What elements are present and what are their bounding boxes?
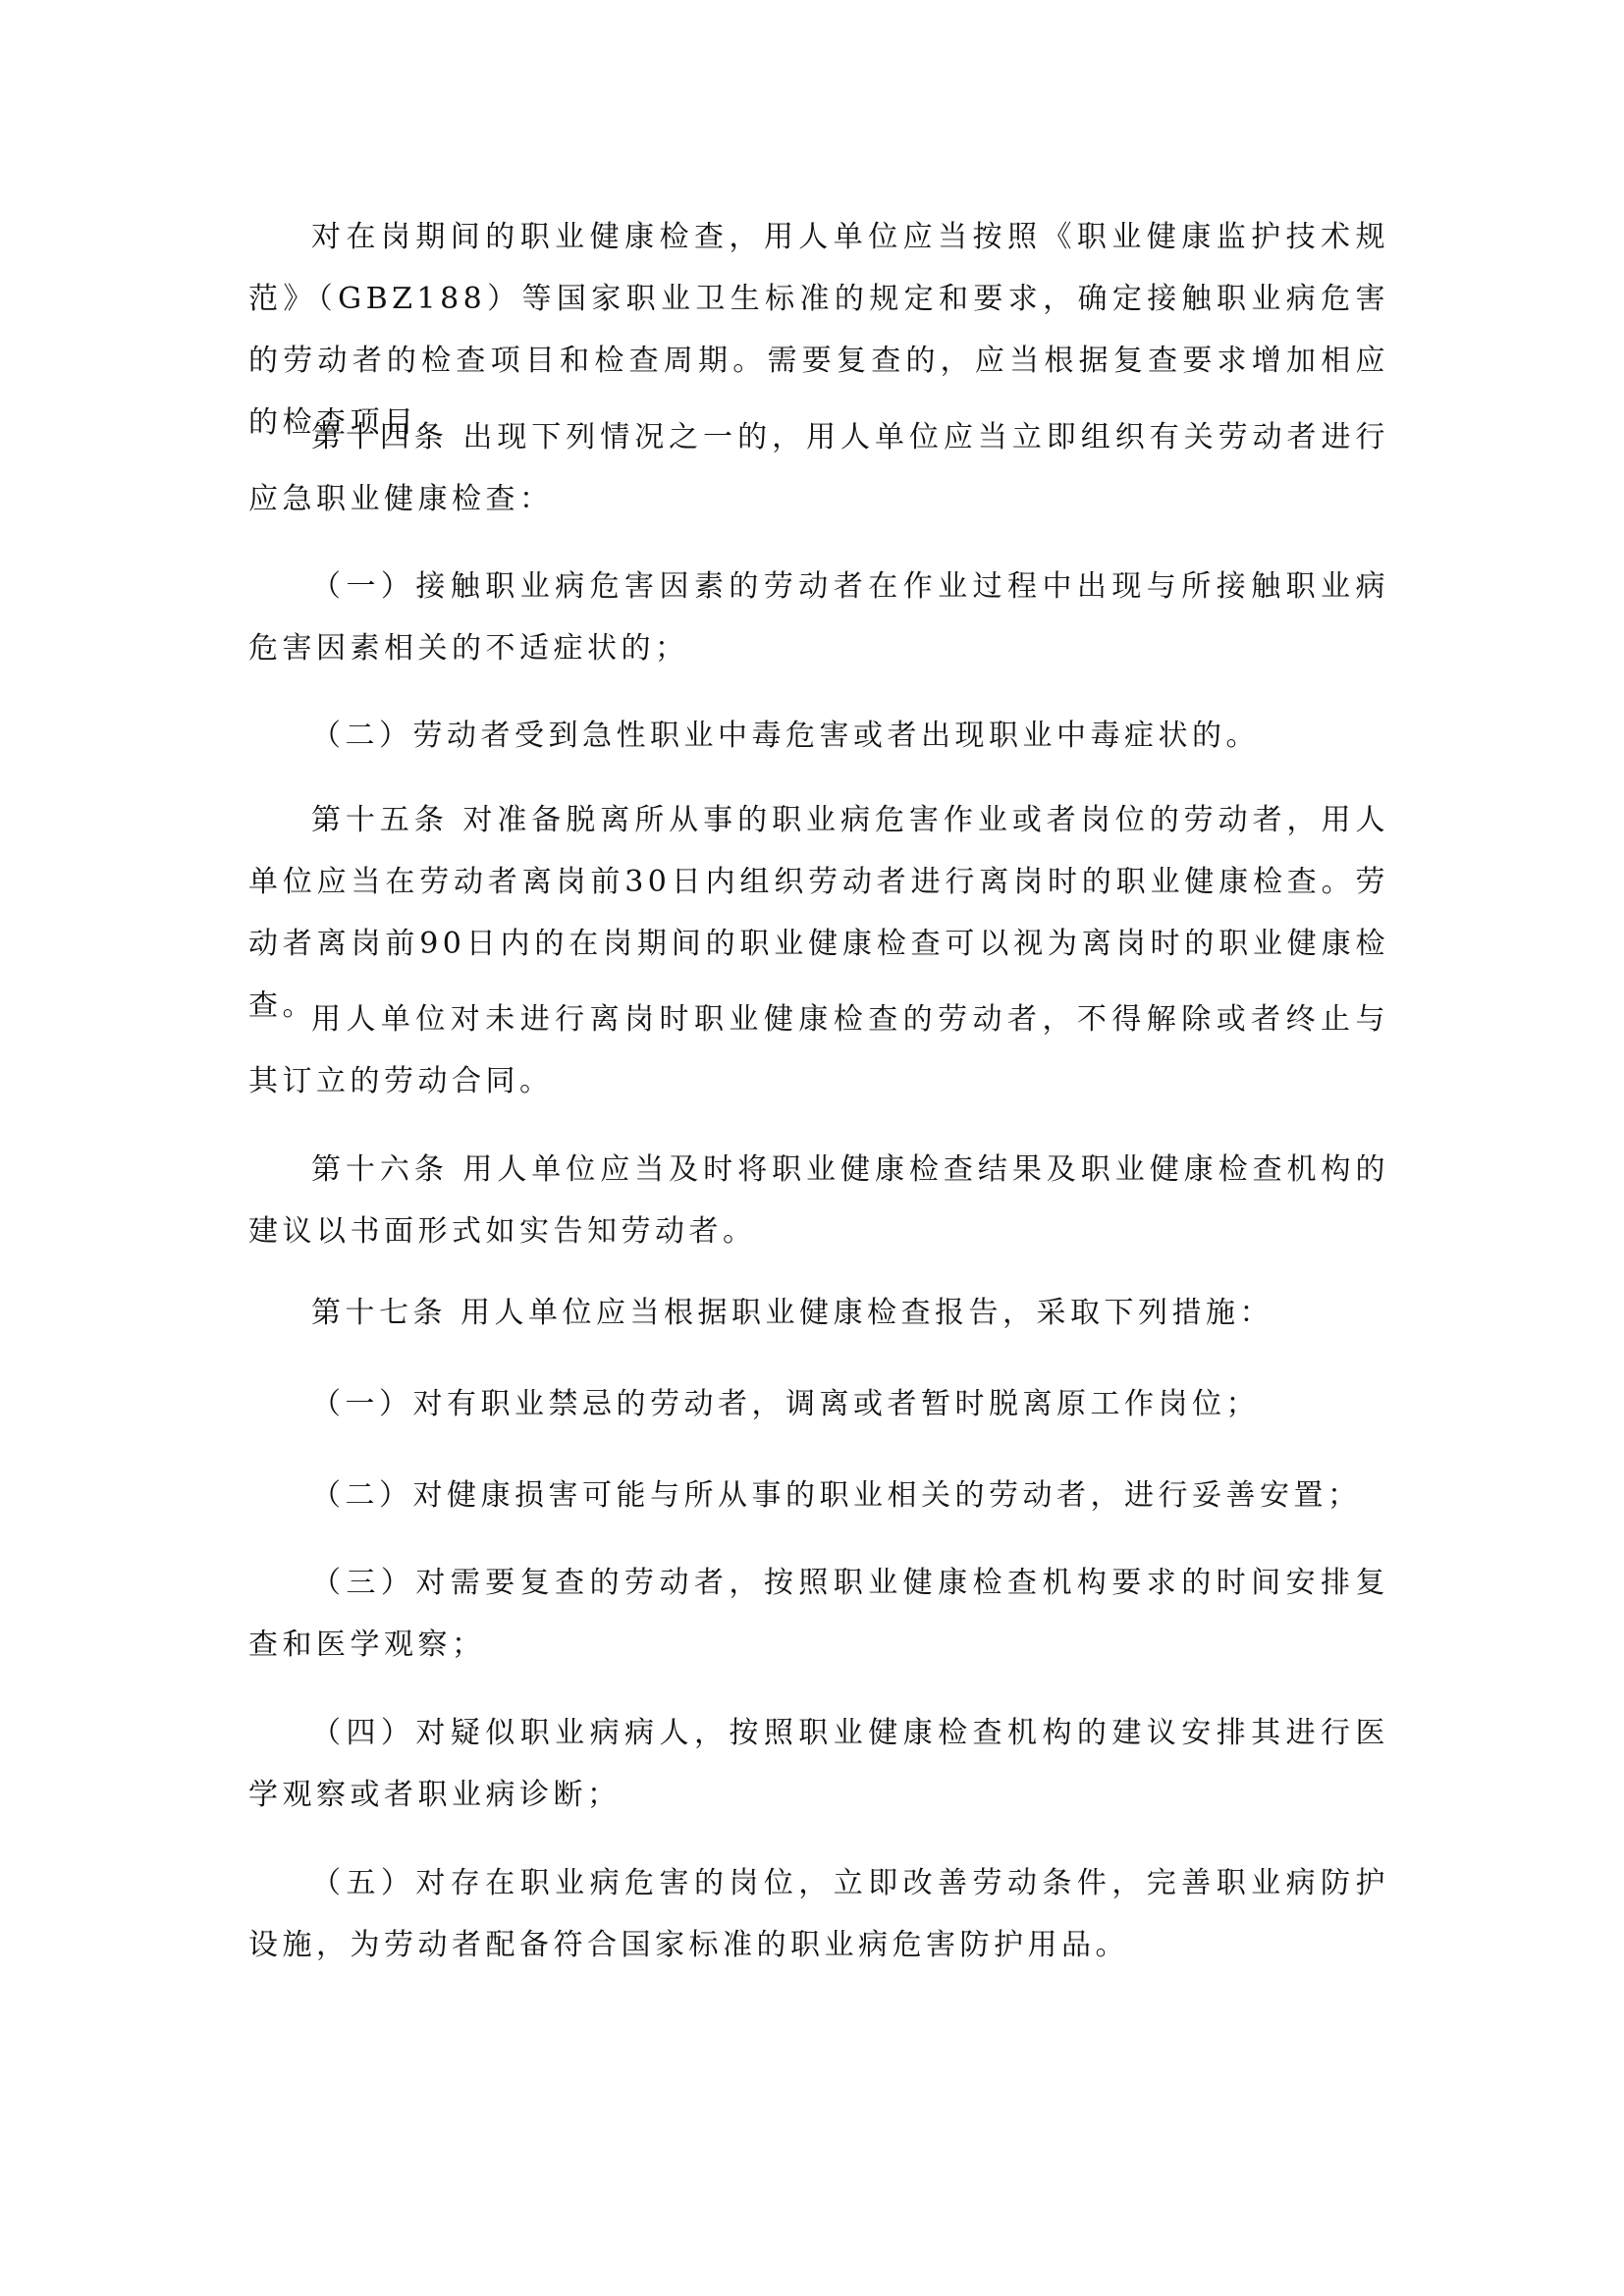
article-14-item-1: （一）接触职业病危害因素的劳动者在作业过程中出现与所接触职业病危害因素相关的不适… [248, 556, 1389, 679]
article-14: 第十四条 出现下列情况之一的，用人单位应当立即组织有关劳动者进行应急职业健康检查… [248, 406, 1389, 530]
article-17-item-2: （二）对健康损害可能与所从事的职业相关的劳动者，进行妥善安置； [248, 1465, 1389, 1526]
article-14-item-2: （二）劳动者受到急性职业中毒危害或者出现职业中毒症状的。 [248, 705, 1389, 767]
article-17-item-5: （五）对存在职业病危害的岗位，立即改善劳动条件，完善职业病防护设施，为劳动者配备… [248, 1852, 1389, 1976]
article-17-item-1: （一）对有职业禁忌的劳动者，调离或者暂时脱离原工作岗位； [248, 1373, 1389, 1435]
article-17-item-3: （三）对需要复查的劳动者，按照职业健康检查机构要求的时间安排复查和医学观察； [248, 1552, 1389, 1676]
article-16: 第十六条 用人单位应当及时将职业健康检查结果及职业健康检查机构的建议以书面形式如… [248, 1139, 1389, 1262]
article-17-item-4: （四）对疑似职业病病人，按照职业健康检查机构的建议安排其进行医学观察或者职业病诊… [248, 1702, 1389, 1826]
article-17: 第十七条 用人单位应当根据职业健康检查报告，采取下列措施： [248, 1282, 1389, 1344]
article-15-contract-clause: 用人单位对未进行离岗时职业健康检查的劳动者，不得解除或者终止与其订立的劳动合同。 [248, 988, 1389, 1112]
